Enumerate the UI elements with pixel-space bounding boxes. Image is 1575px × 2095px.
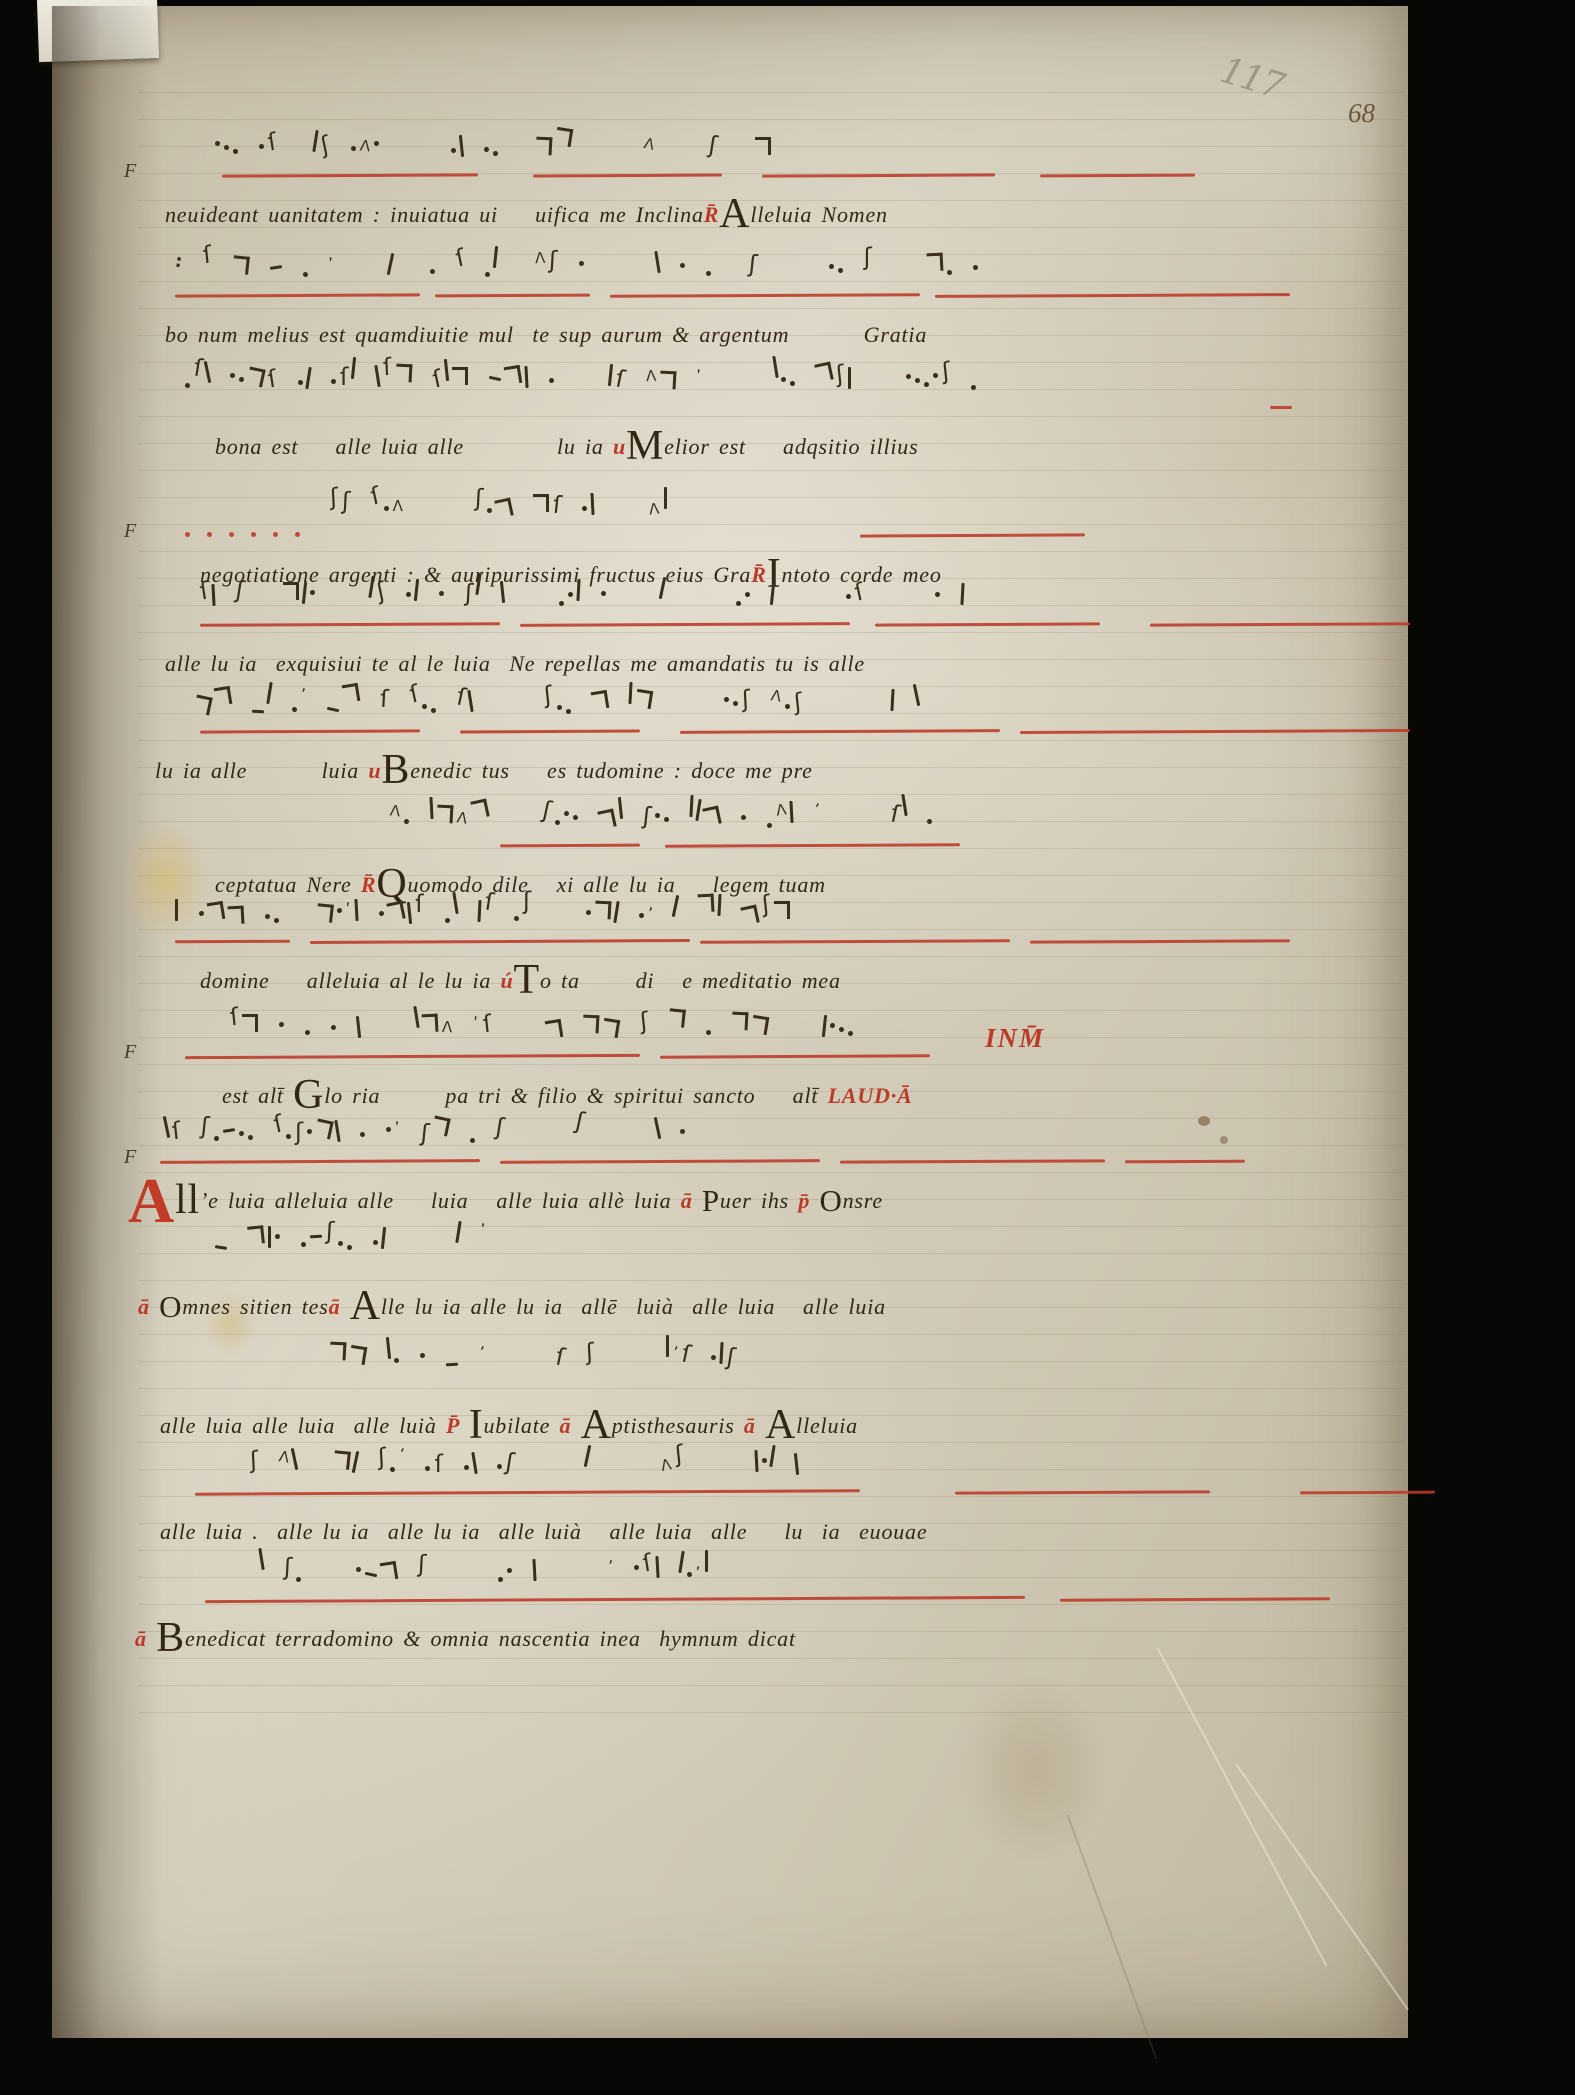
neume-mark bbox=[380, 1561, 399, 1581]
neume-mark bbox=[268, 1226, 271, 1248]
neume-row: ʃɅʃʼſʃɅʃ bbox=[250, 1431, 802, 1469]
neume-mark: ʃ bbox=[464, 582, 473, 604]
neume-mark: Ʌ bbox=[535, 249, 546, 268]
neume-row: ʃʼ bbox=[215, 1206, 490, 1244]
neume-mark: ſ bbox=[852, 580, 865, 603]
neume-row: ʼſſſʃʃɅʃ bbox=[195, 670, 922, 708]
neume-mark bbox=[678, 1551, 684, 1573]
neume-mark: ʃ bbox=[864, 246, 872, 268]
neume-mark: ſ bbox=[202, 244, 213, 267]
neume-mark bbox=[275, 1234, 280, 1239]
neume-mark bbox=[298, 380, 303, 385]
neume-mark bbox=[902, 794, 908, 816]
neume-mark bbox=[342, 683, 361, 703]
neume-mark bbox=[499, 581, 504, 603]
neume-mark bbox=[600, 591, 606, 597]
neume-mark bbox=[915, 378, 920, 383]
neume-row: ſʃſʃʼʃʃʃ bbox=[165, 1100, 689, 1138]
neume-mark bbox=[634, 689, 653, 709]
neume-mark bbox=[654, 813, 660, 819]
neume-mark bbox=[291, 1448, 299, 1470]
neume-mark bbox=[732, 1012, 749, 1031]
neume-mark bbox=[494, 498, 513, 519]
neume-mark bbox=[814, 362, 833, 383]
neume-mark: ʼ bbox=[398, 1447, 406, 1464]
neume-mark: ʃ bbox=[674, 1443, 684, 1466]
neume-mark: ʃ bbox=[495, 1116, 506, 1139]
neume-mark bbox=[926, 253, 943, 272]
neume-mark: ʃ bbox=[341, 490, 350, 512]
neume-mark bbox=[533, 494, 549, 512]
neume-mark bbox=[658, 577, 666, 599]
neume-row: ſſſſſſɅʼʃʃ bbox=[185, 346, 980, 384]
neume-mark: ſ bbox=[267, 367, 279, 390]
chant-text-segment: u bbox=[613, 434, 626, 459]
neume-mark bbox=[755, 137, 771, 155]
neume-mark bbox=[368, 576, 374, 598]
neume-row: ɅɅʃʃɅʼſ bbox=[390, 784, 936, 822]
chant-text-segment: P bbox=[702, 1183, 720, 1218]
neume-mark bbox=[608, 364, 613, 386]
chant-text-segment: A bbox=[719, 191, 750, 237]
red-punctum bbox=[295, 532, 300, 537]
neume-mark bbox=[214, 686, 233, 706]
neume-mark bbox=[545, 1019, 564, 1039]
manuscript-photo: 117 68 FſʃɅɅʃneuideant uanitatem : inuia… bbox=[0, 0, 1575, 2095]
neume-mark bbox=[663, 817, 669, 823]
neume-mark bbox=[848, 367, 851, 389]
chant-text-segment: M bbox=[626, 423, 664, 469]
chant-text-line: domine alleluia al le lu ia úTo ta di e … bbox=[200, 968, 841, 994]
neume-mark bbox=[373, 141, 379, 147]
neume-mark bbox=[395, 364, 412, 383]
margin-letter: F bbox=[124, 1041, 136, 1064]
neume-mark: ſ bbox=[454, 246, 467, 269]
parchment-smudge bbox=[960, 1674, 1110, 1864]
neume-mark bbox=[563, 811, 568, 816]
neume-mark bbox=[830, 1023, 836, 1029]
manuscript-page: 117 68 FſʃɅɅʃneuideant uanitatem : inuia… bbox=[52, 6, 1408, 2038]
neume-mark bbox=[602, 1018, 621, 1038]
neume-mark bbox=[672, 895, 680, 917]
neume-mark: ʼ bbox=[480, 1222, 487, 1238]
neume-mark bbox=[215, 141, 221, 147]
neume-mark bbox=[383, 506, 388, 511]
neume-mark bbox=[774, 901, 790, 919]
neume-mark bbox=[266, 682, 272, 704]
neume-mark: ʼ bbox=[327, 256, 335, 273]
neume-mark bbox=[430, 797, 434, 819]
neume-mark: ʃ bbox=[200, 1115, 210, 1138]
chant-text-segment: domine alleluia al le lu ia bbox=[200, 968, 501, 993]
chant-text-segment: enedic tus es tudomine : doce me pre bbox=[410, 758, 813, 783]
neume-mark: ʼ bbox=[608, 1559, 613, 1575]
neume-mark bbox=[578, 261, 584, 267]
neume-mark bbox=[422, 1014, 439, 1033]
chant-text-segment: ā bbox=[681, 1188, 702, 1213]
neume-mark bbox=[310, 1235, 322, 1239]
neume-mark bbox=[698, 894, 715, 913]
neume-mark: ʃ bbox=[325, 1220, 334, 1242]
neume-mark bbox=[437, 805, 454, 824]
neume-mark: ſ bbox=[266, 130, 278, 153]
chant-text-segment: elior est adqsitio illius bbox=[664, 434, 918, 459]
neume-mark bbox=[565, 709, 570, 714]
neume-mark bbox=[568, 592, 573, 597]
neume-mark bbox=[331, 379, 336, 384]
neume-mark: ſ bbox=[369, 484, 382, 507]
neume-mark: ʼ bbox=[394, 1120, 401, 1136]
neume-mark: ſ bbox=[455, 685, 468, 708]
neume-mark bbox=[668, 1008, 686, 1028]
chant-text-line: ā Benedicat terradomino & omnia nascenti… bbox=[135, 1626, 796, 1652]
neume-mark bbox=[477, 900, 481, 922]
neume-mark bbox=[269, 265, 281, 270]
neume-mark bbox=[845, 594, 851, 600]
chant-text-segment: O bbox=[819, 1183, 842, 1218]
neume-mark bbox=[414, 1006, 420, 1028]
neume-mark bbox=[303, 272, 308, 277]
neume-mark bbox=[406, 592, 411, 597]
neume-mark bbox=[316, 903, 334, 923]
neume-mark: ʃ bbox=[235, 579, 246, 602]
neume-mark bbox=[770, 1445, 776, 1467]
neume-mark bbox=[549, 378, 555, 384]
neume-mark bbox=[584, 1445, 592, 1467]
chant-text-line: bona est alle luia alle lu ia uMelior es… bbox=[215, 434, 918, 460]
neume-mark bbox=[438, 591, 444, 597]
neume-mark bbox=[431, 1116, 450, 1137]
neume-mark bbox=[680, 1129, 685, 1134]
neume-mark bbox=[718, 894, 722, 916]
neume-mark: ſ bbox=[383, 356, 393, 378]
neume-mark: ʃ bbox=[249, 1449, 258, 1471]
neume-mark bbox=[535, 137, 552, 156]
neume-mark bbox=[349, 1345, 368, 1365]
chant-text-segment: bo num melius est quamdiuitie mul te sup… bbox=[165, 322, 927, 347]
neume-mark bbox=[337, 908, 343, 914]
neume-mark bbox=[655, 1556, 659, 1578]
neume-mark bbox=[204, 361, 212, 383]
neume-mark: ſ bbox=[415, 893, 423, 915]
neume-mark bbox=[595, 901, 612, 920]
chant-text-segment: neuideant uanitatem : inuiatua ui uifica… bbox=[165, 202, 704, 227]
neume-mark: Ʌ bbox=[642, 134, 656, 154]
neume-mark bbox=[213, 1136, 219, 1142]
rubric-red: INM̄ bbox=[985, 1023, 1045, 1054]
neume-mark: ſ bbox=[482, 1013, 493, 1036]
neume-mark bbox=[386, 1337, 391, 1359]
neume-mark bbox=[576, 579, 580, 601]
neume-mark: ſ bbox=[340, 366, 348, 388]
neume-mark bbox=[452, 367, 468, 385]
neume-mark bbox=[744, 592, 749, 597]
neume-mark bbox=[207, 901, 226, 921]
neume-mark bbox=[666, 1335, 669, 1357]
neume-mark: ʃ bbox=[378, 1446, 387, 1468]
neume-mark bbox=[583, 1015, 600, 1034]
neume-mark bbox=[242, 1014, 258, 1032]
neume-mark bbox=[723, 697, 729, 703]
neume-mark: ʃ bbox=[747, 253, 757, 276]
neume-mark bbox=[355, 899, 359, 921]
neume-mark: ʼ bbox=[472, 1015, 480, 1032]
chant-text-segment: ā bbox=[329, 1294, 350, 1319]
neume-mark bbox=[720, 1342, 724, 1364]
chant-text-segment: ā bbox=[135, 1626, 156, 1651]
neume-row: ſʃɅɅʃ bbox=[215, 114, 775, 152]
neume-row: ſʃʃʃſ bbox=[200, 563, 968, 601]
neume-mark: ʃ bbox=[329, 486, 338, 508]
neume-mark bbox=[199, 911, 205, 917]
neume-mark bbox=[356, 1567, 361, 1572]
chant-text-segment: o ta di e meditatio mea bbox=[540, 968, 841, 993]
chant-text-segment: A bbox=[350, 1283, 381, 1329]
neume-mark: ʼ bbox=[813, 802, 821, 819]
neume-mark bbox=[781, 377, 786, 382]
neume-mark bbox=[375, 365, 381, 387]
chant-text-segment: lleluia Nomen bbox=[750, 202, 887, 227]
neume-mark bbox=[617, 797, 622, 819]
neume-mark bbox=[222, 1128, 234, 1133]
binding-gutter-shadow bbox=[52, 6, 162, 2038]
margin-letter: F bbox=[124, 520, 136, 543]
chant-text-segment: enedicat terradomino & omnia nascentia i… bbox=[185, 1626, 796, 1651]
neume-mark bbox=[660, 371, 677, 390]
neume-row: :ſʼſɅʃʃʃ bbox=[175, 234, 982, 272]
neume-mark: ʼ bbox=[695, 1565, 702, 1581]
neume-mark: ʼ bbox=[301, 687, 306, 703]
neume-mark bbox=[740, 905, 759, 926]
neume-mark bbox=[947, 270, 952, 275]
neume-mark: ʃ bbox=[639, 1010, 649, 1033]
neume-mark bbox=[247, 1225, 265, 1245]
neume-mark bbox=[212, 584, 216, 606]
parchment-crease bbox=[1067, 1814, 1158, 2059]
neume-row: ʃʃʼſʼ bbox=[260, 1538, 712, 1576]
red-punctum bbox=[229, 532, 234, 537]
neume-mark: ʃ bbox=[540, 798, 552, 821]
neume-mark bbox=[314, 1119, 333, 1140]
chant-text-segment: B bbox=[156, 1615, 185, 1661]
neume-mark: ſ bbox=[229, 1006, 240, 1029]
neume-mark: ʃ bbox=[574, 1109, 586, 1132]
neume-mark: ſ bbox=[192, 356, 204, 379]
neume-mark bbox=[252, 710, 264, 714]
neume-mark bbox=[751, 1015, 770, 1035]
neume-mark bbox=[525, 366, 529, 388]
neume-mark bbox=[431, 708, 436, 713]
book-fore-edge bbox=[1408, 10, 1500, 2034]
neume-mark: ſ bbox=[171, 1120, 182, 1143]
neume-mark bbox=[639, 913, 644, 918]
chant-text-segment: lleluia bbox=[796, 1413, 858, 1438]
neume-mark: ʃ bbox=[295, 1121, 303, 1143]
chant-text-segment: p̄ bbox=[798, 1188, 819, 1213]
neume-mark bbox=[789, 801, 793, 823]
neume-mark bbox=[732, 701, 738, 707]
chant-text-segment: ā bbox=[138, 1294, 159, 1319]
neume-mark bbox=[228, 906, 245, 925]
red-punctum bbox=[185, 532, 190, 537]
neume-mark: Ʌ bbox=[278, 1447, 291, 1466]
neume-mark bbox=[755, 1450, 759, 1472]
chant-text-segment: u bbox=[368, 758, 381, 783]
neume-mark: ſ bbox=[483, 890, 495, 913]
neume-mark bbox=[238, 1131, 243, 1136]
neume-mark: ʼ bbox=[648, 906, 653, 922]
neume-mark: Ʌ bbox=[645, 367, 656, 386]
neume-mark: : bbox=[174, 253, 184, 272]
neume-mark bbox=[933, 373, 939, 379]
neume-mark bbox=[485, 272, 490, 277]
neume-mark: ʃ bbox=[585, 1341, 594, 1363]
neume-mark bbox=[351, 357, 356, 379]
neume-mark: Ʌ bbox=[769, 686, 782, 705]
neume-mark bbox=[628, 682, 632, 704]
neume-mark bbox=[360, 1132, 365, 1137]
red-punctum bbox=[207, 532, 212, 537]
neume-mark: ſ bbox=[198, 579, 210, 602]
neume-mark: ʃ bbox=[523, 890, 531, 912]
neume-mark: ſ bbox=[642, 1551, 654, 1574]
neume-mark bbox=[634, 1565, 640, 1571]
neume-mark: Ʌ bbox=[389, 802, 401, 821]
neume-mark bbox=[444, 359, 449, 381]
neume-row: ʃʃſɅʃſɅ bbox=[330, 474, 671, 512]
neume-mark bbox=[259, 144, 265, 150]
neume-mark bbox=[232, 255, 250, 275]
neume-mark bbox=[301, 582, 306, 604]
folio-number-ink: 68 bbox=[1348, 98, 1375, 129]
neume-mark bbox=[664, 487, 667, 509]
neume-mark bbox=[702, 806, 721, 827]
neume-mark bbox=[590, 690, 609, 710]
neume-mark: ſ bbox=[680, 1342, 693, 1365]
chant-text-segment: LAUD·Ā bbox=[828, 1083, 913, 1108]
chant-text-line: lu ia alle luia uBenedic tus es tudomine… bbox=[155, 758, 813, 784]
neume-mark bbox=[258, 1548, 264, 1570]
neume-mark: ſ bbox=[380, 688, 390, 710]
neume-mark bbox=[582, 506, 588, 512]
neume-mark bbox=[239, 377, 244, 382]
chant-text-segment: R̄ bbox=[704, 202, 719, 227]
neume-mark bbox=[470, 799, 489, 820]
neume-mark: ʼ bbox=[695, 368, 703, 385]
neume-mark bbox=[309, 590, 315, 596]
neume-mark: ʃ bbox=[543, 684, 553, 707]
neume-mark bbox=[557, 705, 562, 710]
neume-mark bbox=[484, 147, 489, 152]
neume-mark bbox=[654, 1117, 662, 1139]
neume-red-line bbox=[1270, 406, 1292, 409]
neume-mark bbox=[446, 1363, 458, 1367]
neume-mark bbox=[373, 1240, 378, 1245]
neume-mark bbox=[572, 815, 577, 820]
red-punctum bbox=[273, 532, 278, 537]
neume-mark bbox=[507, 1568, 513, 1574]
neume-mark: ʼ bbox=[478, 1345, 486, 1362]
neume-mark bbox=[331, 1025, 337, 1031]
neume-mark bbox=[493, 246, 498, 268]
neume-mark bbox=[452, 892, 458, 914]
neume-row: ʼſſʃʼʃ bbox=[175, 880, 794, 918]
neume-mark: ʃ bbox=[761, 893, 771, 916]
chant-text-segment: ú bbox=[501, 968, 514, 993]
chant-text-line: bo num melius est quamdiuitie mul te sup… bbox=[165, 322, 927, 348]
chant-text-line: neuideant uanitatem : inuiatua ui uifica… bbox=[165, 202, 888, 228]
neume-mark: ʃ bbox=[283, 1556, 292, 1578]
neume-mark bbox=[356, 1016, 361, 1038]
neume-mark: ſ bbox=[271, 1112, 284, 1135]
neume-mark bbox=[554, 820, 560, 826]
neume-mark bbox=[772, 356, 778, 378]
neume-mark: ʃ bbox=[549, 249, 558, 271]
neume-mark bbox=[489, 376, 501, 381]
neume-mark bbox=[224, 145, 229, 150]
neume-mark bbox=[558, 601, 564, 607]
neume-mark bbox=[586, 910, 591, 915]
neume-mark bbox=[413, 579, 418, 601]
chant-text-segment: lu ia alle luia bbox=[155, 758, 368, 783]
neume-mark bbox=[906, 374, 911, 379]
neume-mark bbox=[935, 592, 941, 598]
neume-mark bbox=[890, 689, 894, 711]
neume-mark bbox=[741, 815, 746, 820]
neume-mark bbox=[689, 795, 693, 817]
margin-letter: F bbox=[124, 160, 136, 183]
neume-mark: ſ bbox=[407, 682, 420, 705]
neume-mark: ʃ bbox=[741, 688, 750, 710]
neume-mark: ſ bbox=[434, 1453, 442, 1475]
neume-mark bbox=[283, 582, 299, 600]
neume-mark bbox=[597, 809, 616, 830]
neume-mark bbox=[839, 1027, 845, 1033]
neume-mark: Ʌ bbox=[393, 497, 403, 515]
neume-mark bbox=[533, 1559, 537, 1581]
neume-mark bbox=[394, 1358, 399, 1363]
neume-mark: ʃ bbox=[417, 1553, 426, 1575]
neume-row: ʼſʃʼſʃ bbox=[330, 1325, 739, 1363]
neume-mark bbox=[762, 1458, 767, 1463]
neume-mark bbox=[475, 573, 481, 595]
neume-mark bbox=[554, 127, 573, 147]
red-punctum bbox=[251, 532, 256, 537]
neume-mark: ʃ bbox=[793, 691, 803, 714]
neume-mark bbox=[279, 1022, 285, 1028]
neume-mark: Ʌ bbox=[648, 500, 660, 519]
neume-mark bbox=[307, 1129, 312, 1134]
neume-mark bbox=[913, 684, 921, 706]
neume-mark: Ʌ bbox=[442, 1018, 453, 1037]
parchment-crease bbox=[1235, 1764, 1409, 2011]
neume-mark bbox=[386, 253, 394, 275]
neume-mark bbox=[430, 269, 435, 274]
neume-mark bbox=[679, 263, 684, 268]
neume-mark bbox=[705, 1550, 708, 1572]
chant-text-segment: mnes sitien tes bbox=[182, 1294, 328, 1319]
neume-mark bbox=[654, 251, 660, 273]
neume-mark bbox=[351, 146, 356, 151]
neume-mark: ʼ bbox=[345, 901, 353, 918]
neume-mark bbox=[828, 264, 834, 270]
neume-mark bbox=[455, 1221, 461, 1243]
neume-mark bbox=[379, 911, 385, 917]
neume-mark: Ʌ bbox=[359, 137, 371, 156]
neume-mark: ʃ bbox=[835, 363, 845, 386]
chant-text-segment: nsre bbox=[843, 1188, 883, 1213]
neume-mark bbox=[444, 918, 450, 924]
